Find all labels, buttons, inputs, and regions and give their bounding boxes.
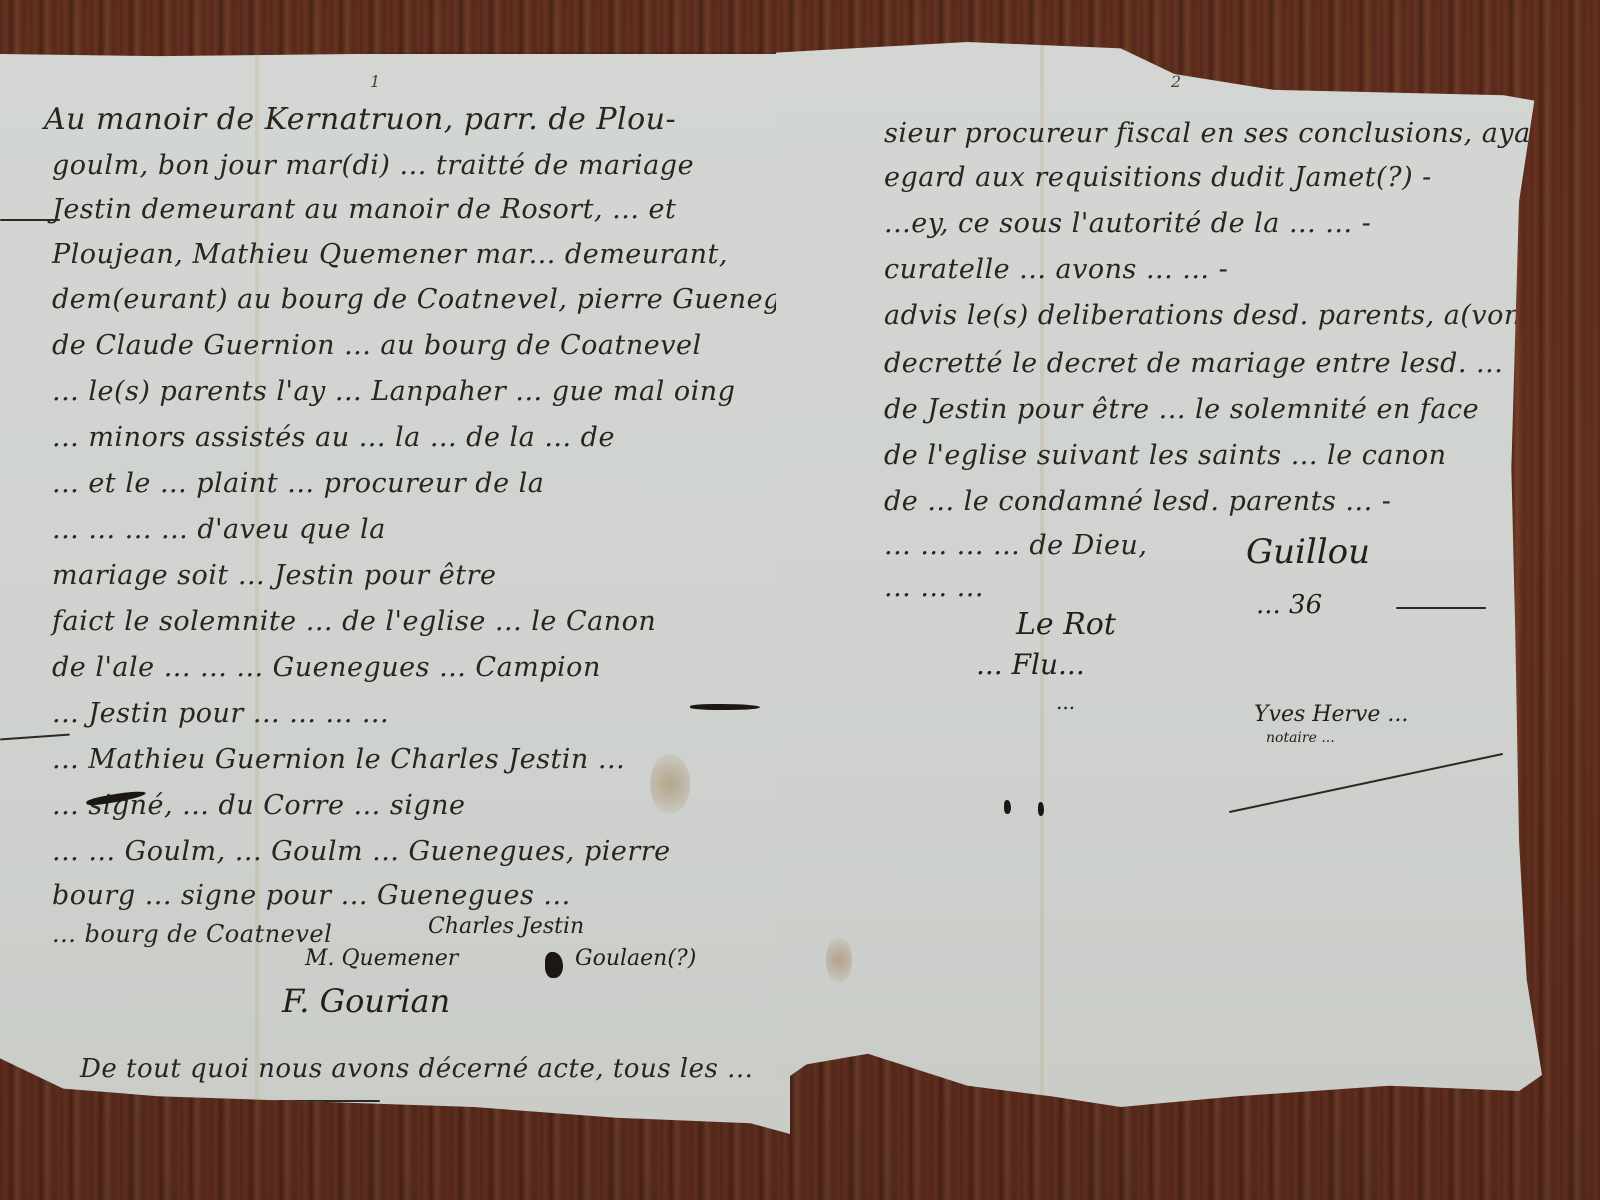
manuscript-line: faict le solemnite ... de l'eglise ... l… [52, 606, 656, 637]
manuscript-line: Ploujean, Mathieu Quemener mar... demeur… [52, 239, 728, 270]
signature-yves-herve: Yves Herve ... [1254, 702, 1408, 727]
manuscript-line: goulm, bon jour mar(di) ... traitté de m… [52, 150, 694, 181]
manuscript-line: de l'ale ... ... ... Guenegues ... Campi… [52, 652, 601, 683]
signature-third: ... [1056, 690, 1075, 714]
manuscript-line: de ... le condamné lesd. parents ... - [884, 486, 1391, 517]
signature-amount: ... 36 [1256, 590, 1322, 620]
manuscript-line: egard aux requisitions dudit Jamet(?) - [884, 162, 1432, 193]
manuscript-line: advis le(s) deliberations desd. parents,… [884, 300, 1566, 331]
manuscript-line: ... ... ... [884, 572, 984, 603]
closing-rule [250, 1100, 380, 1102]
manuscript-line: ... ... Goulm, ... Goulm ... Guenegues, … [52, 836, 671, 867]
signature-flourish [1229, 753, 1503, 813]
manuscript-line: ...ey, ce sous l'autorité de la ... ... … [884, 208, 1371, 239]
manuscript-line: dem(eurant) au bourg de Coatnevel, pierr… [52, 284, 830, 315]
closing-line: De tout quoi nous avons décerné acte, to… [80, 1054, 753, 1084]
page-number: 1 [370, 72, 380, 91]
manuscript-line: sieur procureur fiscal en ses conclusion… [884, 118, 1560, 149]
signature-flourish [1396, 607, 1486, 609]
manuscript-line: curatelle ... avons ... ... - [884, 254, 1228, 285]
ink-dot [1004, 800, 1011, 814]
manuscript-line: mariage soit ... Jestin pour être [52, 560, 496, 591]
signature-quemener: M. Quemener [305, 946, 458, 971]
signature-notaire: notaire ... [1266, 730, 1335, 746]
manuscript-line: de l'eglise suivant les saints ... le ca… [884, 440, 1447, 471]
manuscript-line: ... ... ... ... d'aveu que la [52, 514, 386, 545]
margin-dash [0, 219, 60, 221]
paper-stain [650, 754, 690, 814]
manuscript-line: ... Jestin pour ... ... ... ... [52, 698, 389, 729]
ink-dot [1038, 802, 1044, 816]
page-number: 2 [1171, 72, 1181, 91]
left-manuscript-page: 1 Au manoir de Kernatruon, parr. de Plou… [0, 54, 790, 1134]
manuscript-line: de Claude Guernion ... au bourg de Coatn… [52, 330, 702, 361]
manuscript-line: de Jestin pour être ... le solemnité en … [884, 394, 1479, 425]
manuscript-line: ... ... ... ... de Dieu, [884, 530, 1147, 561]
manuscript-line: Au manoir de Kernatruon, parr. de Plou- [44, 102, 676, 137]
ink-blot-mark [545, 952, 563, 978]
manuscript-line: ... le(s) parents l'ay ... Lanpaher ... … [52, 376, 735, 407]
manuscript-line: ... et le ... plaint ... procureur de la [52, 468, 544, 499]
signature-second: ... Flu... [976, 648, 1085, 681]
signature-gourian: F. Gourian [282, 982, 450, 1020]
paper-stain [826, 937, 852, 983]
signature-guillou: Guillou [1246, 532, 1370, 572]
signature-goulaen: Goulaen(?) [575, 946, 696, 971]
signature-charles-jestin: Charles Jestin [428, 914, 584, 939]
strike-mark [0, 734, 70, 741]
ink-strike-blot [690, 704, 760, 710]
manuscript-line: Jestin demeurant au manoir de Rosort, ..… [52, 194, 676, 225]
paper-fold-crease [1040, 42, 1044, 1107]
manuscript-line: ... Mathieu Guernion le Charles Jestin .… [52, 744, 625, 775]
manuscript-line: ... bourg de Coatnevel [52, 920, 332, 948]
right-manuscript-page: 2 sieur procureur fiscal en ses conclusi… [776, 42, 1542, 1107]
manuscript-line: decretté le decret de mariage entre lesd… [884, 348, 1503, 379]
manuscript-line: bourg ... signe pour ... Guenegues ... [52, 880, 571, 911]
manuscript-line: ... minors assistés au ... la ... de la … [52, 422, 615, 453]
signature-le-rot: Le Rot [1016, 607, 1116, 642]
